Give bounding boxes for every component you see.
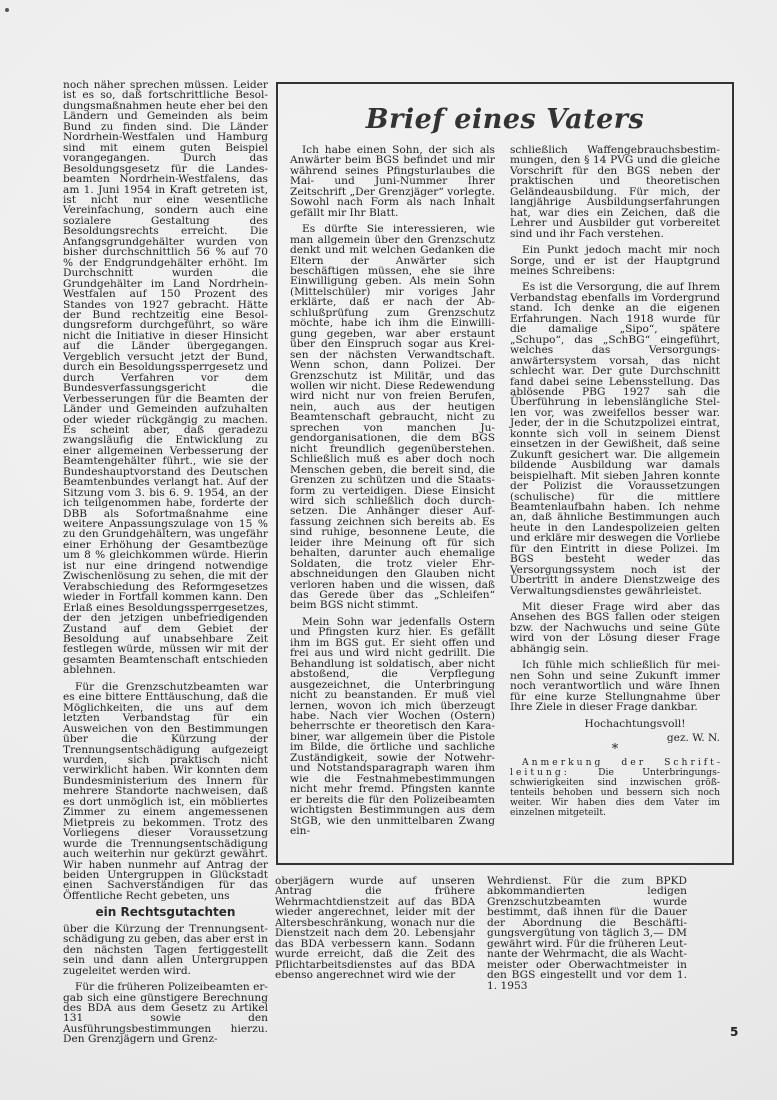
paragraph: schließlich Waffengebrauchsbestim­mungen… — [510, 145, 720, 239]
paragraph: Für die Grenzschutzbeamten war es eine b… — [63, 682, 268, 902]
scan-mark — [5, 8, 9, 12]
paragraph: oberjägern wurde auf unseren Antrag die … — [275, 876, 475, 981]
newspaper-page: noch näher sprechen müssen. Leider ist e… — [0, 0, 777, 1100]
paragraph: Für die früheren Polizeibeamten er­gab s… — [63, 982, 268, 1045]
letter-column-2: schließlich Waffengebrauchsbestim­mungen… — [510, 145, 720, 824]
paragraph: Mein Sohn war jedenfalls Ostern und Pfin… — [290, 617, 495, 837]
paragraph: Es ist die Versorgung, die auf Ihrem Ver… — [510, 282, 720, 596]
paragraph: Ich fühle mich schließlich für mei­nen S… — [510, 660, 720, 712]
paragraph: Ich habe einen Sohn, der sich als Anwärt… — [290, 145, 495, 218]
separator-asterisk: * — [510, 745, 720, 755]
paragraph: über die Kürzung der Trennungsent­schädi… — [63, 924, 268, 976]
subheading: ein Rechtsgutachten — [63, 907, 268, 917]
editor-note: Anmerkung der Schrift­leitung: Die Unter… — [510, 758, 720, 818]
letter-column-1: Ich habe einen Sohn, der sich als Anwärt… — [290, 145, 495, 842]
paragraph: Mit dieser Frage wird aber das Ansehen d… — [510, 602, 720, 654]
letter-closing: Hochachtungsvoll! — [510, 719, 720, 729]
paragraph: noch näher sprechen müssen. Leider ist e… — [63, 80, 268, 676]
bottom-column-1: oberjägern wurde auf unseren Antrag die … — [275, 876, 475, 987]
page-number: 5 — [730, 1025, 738, 1039]
paragraph: Es dürfte Sie interessieren, wie man all… — [290, 224, 495, 611]
left-article-column: noch näher sprechen müssen. Leider ist e… — [63, 80, 268, 1051]
paragraph: Wehrdienst. Für die zum BPKD abkom­mandi… — [487, 876, 687, 991]
letter-title: Brief eines Vaters — [278, 104, 732, 135]
paragraph: Ein Punkt jedoch macht mir noch Sorge, u… — [510, 245, 720, 276]
bottom-column-2: Wehrdienst. Für die zum BPKD abkom­mandi… — [487, 876, 687, 997]
